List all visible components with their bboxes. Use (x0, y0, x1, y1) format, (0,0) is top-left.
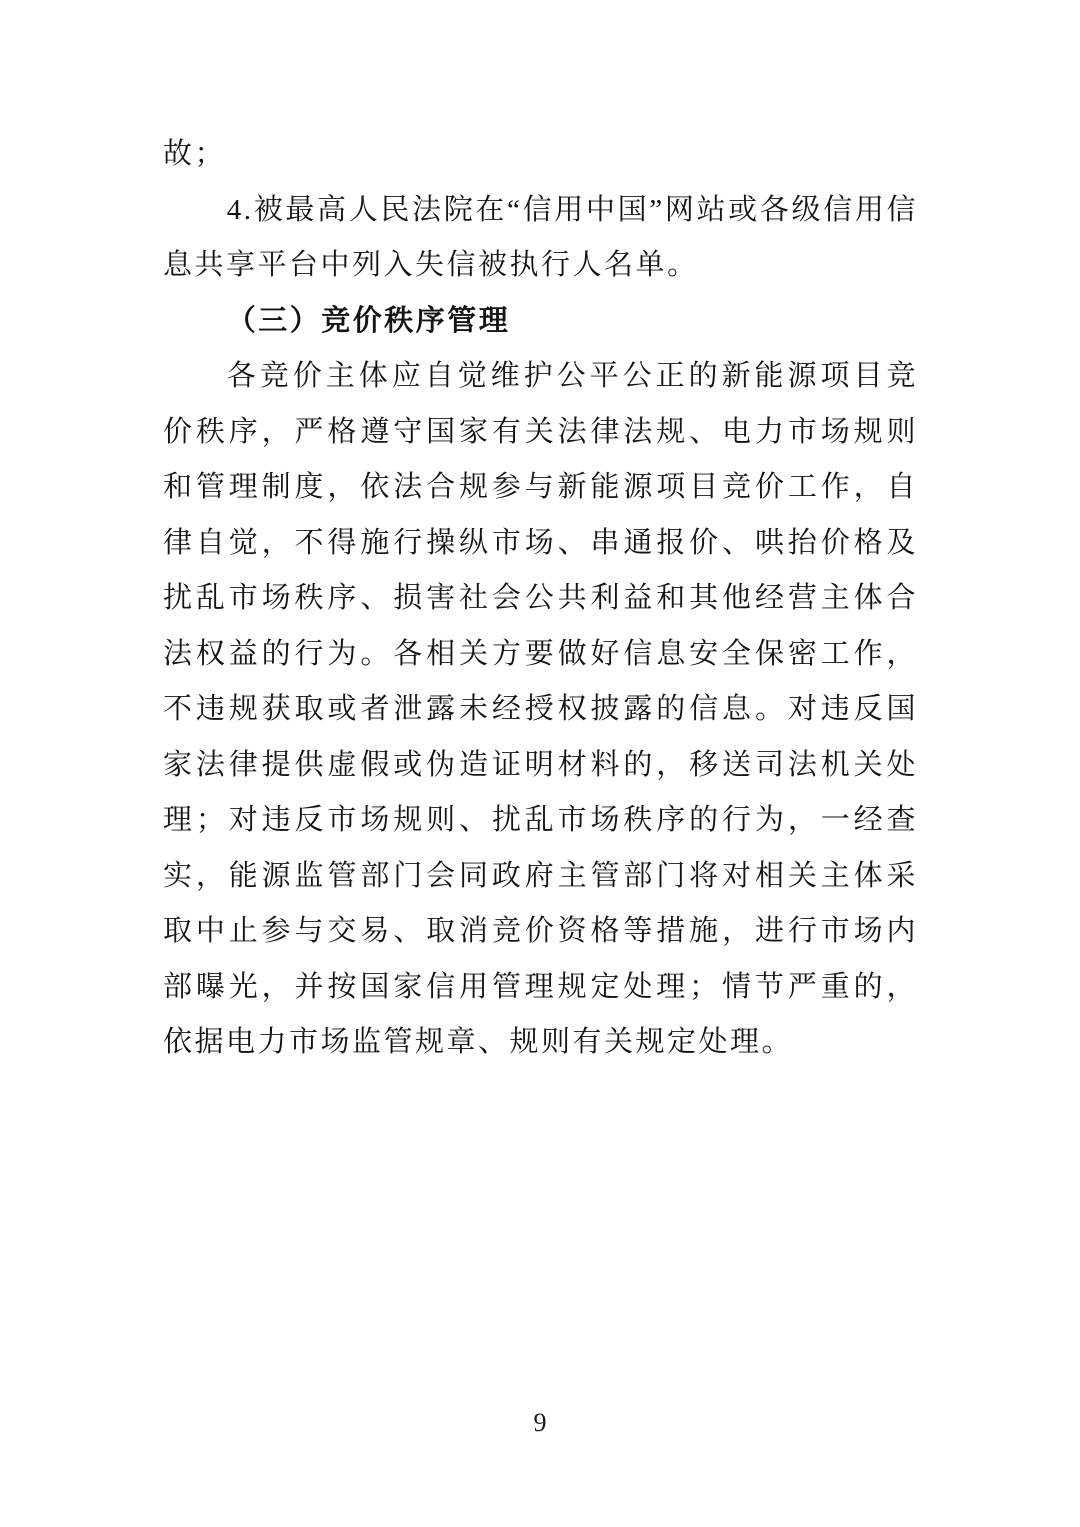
section-heading: （三）竞价秩序管理 (163, 294, 918, 350)
page-number: 9 (534, 1408, 547, 1437)
document-body: 故； 4.被最高人民法院在“信用中国”网站或各级信用信息共享平台中列入失信被执行… (163, 127, 918, 1071)
document-page: 故； 4.被最高人民法院在“信用中国”网站或各级信用信息共享平台中列入失信被执行… (0, 0, 1080, 1527)
paragraph-body: 各竞价主体应自觉维护公平公正的新能源项目竞价秩序，严格遵守国家有关法律法规、电力… (163, 349, 918, 1071)
paragraph-list-item-4: 4.被最高人民法院在“信用中国”网站或各级信用信息共享平台中列入失信被执行人名单… (163, 183, 918, 294)
page-footer: 9 (0, 1408, 1080, 1438)
paragraph-continuation: 故； (163, 127, 918, 183)
